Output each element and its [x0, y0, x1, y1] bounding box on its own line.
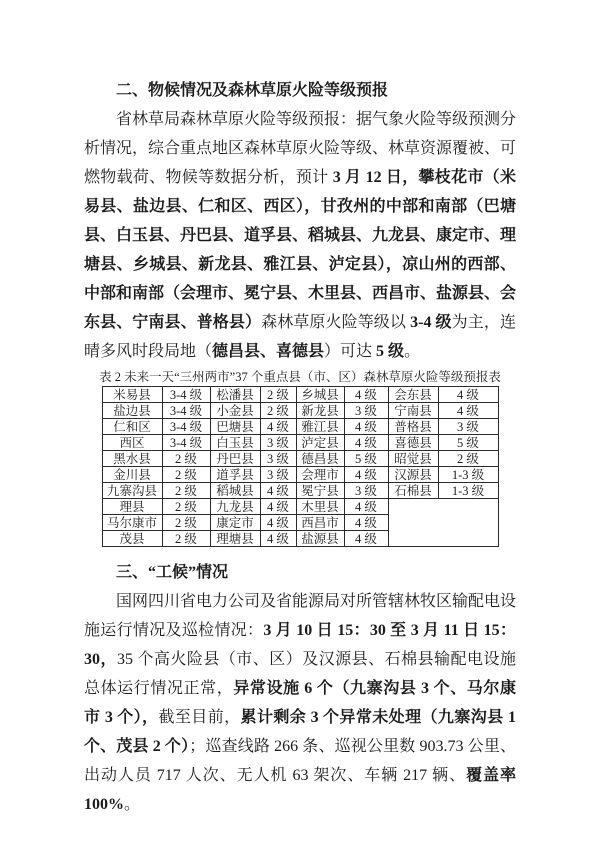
county-cell: 汉源县 [388, 467, 438, 483]
county-cell: 理县 [102, 499, 162, 515]
para2-run: 截至目前， [158, 709, 240, 726]
table-row: 理县2 级九龙县4 级木里县4 级 [102, 499, 498, 515]
risk-level-cell: 4 级 [260, 531, 296, 547]
section2-paragraph: 省林草局森林草原火险等级预报：据气象火险等级预测分析情况，综合重点地区森林草原火… [84, 105, 516, 366]
fire-risk-table: 米易县3-4 级松潘县2 级乡城县4 级会东县4 级盐边县3-4 级小金县2 级… [102, 386, 499, 547]
county-cell: 黑水县 [102, 451, 162, 467]
risk-level-cell: 4 级 [260, 483, 296, 499]
county-cell: 盐边县 [102, 403, 162, 419]
county-cell: 昭觉县 [388, 451, 438, 467]
county-cell: 丹巴县 [210, 451, 260, 467]
empty-merged-cell [388, 499, 498, 547]
section2-heading: 二、物候情况及森林草原火险等级预报 [84, 76, 516, 105]
county-cell: 木里县 [296, 499, 344, 515]
para1-run: 。 [404, 343, 420, 360]
para1-run: 德昌县、喜德县 [212, 343, 324, 360]
table-row: 黑水县2 级丹巴县3 级德昌县5 级昭觉县2 级 [102, 451, 498, 467]
county-cell: 马尔康市 [102, 515, 162, 531]
county-cell: 米易县 [102, 387, 162, 403]
risk-level-cell: 2 级 [162, 483, 210, 499]
county-cell: 九寨沟县 [102, 483, 162, 499]
risk-level-cell: 4 级 [438, 387, 498, 403]
table-row: 盐边县3-4 级小金县2 级新龙县3 级宁南县4 级 [102, 403, 498, 419]
risk-level-cell: 3-4 级 [162, 419, 210, 435]
risk-level-cell: 3 级 [344, 483, 388, 499]
risk-level-cell: 4 级 [344, 419, 388, 435]
risk-level-cell: 3-4 级 [162, 403, 210, 419]
county-cell: 松潘县 [210, 387, 260, 403]
county-cell: 茂县 [102, 531, 162, 547]
county-cell: 会理市 [296, 467, 344, 483]
risk-level-cell: 4 级 [260, 419, 296, 435]
county-cell: 雅江县 [296, 419, 344, 435]
county-cell: 德昌县 [296, 451, 344, 467]
risk-level-cell: 3-4 级 [162, 435, 210, 451]
risk-level-cell: 4 级 [344, 435, 388, 451]
table-row: 金川县2 级道孚县3 级会理市4 级汉源县1-3 级 [102, 467, 498, 483]
county-cell: 乡城县 [296, 387, 344, 403]
document-page: 二、物候情况及森林草原火险等级预报 省林草局森林草原火险等级预报：据气象火险等级… [0, 0, 600, 848]
county-cell: 小金县 [210, 403, 260, 419]
risk-level-cell: 3 级 [438, 419, 498, 435]
county-cell: 盐源县 [296, 531, 344, 547]
county-cell: 普格县 [388, 419, 438, 435]
section3-paragraph: 国网四川省电力公司及省能源局对所管辖林牧区输配电设施运行情况及巡检情况：3 月 … [84, 587, 516, 819]
county-cell: 九龙县 [210, 499, 260, 515]
county-cell: 会东县 [388, 387, 438, 403]
county-cell: 西昌市 [296, 515, 344, 531]
table-row: 九寨沟县2 级稻城县4 级冕宁县3 级石棉县1-3 级 [102, 483, 498, 499]
county-cell: 西区 [102, 435, 162, 451]
risk-level-cell: 4 级 [260, 499, 296, 515]
table-caption: 表 2 未来一天“三州两市”37 个重点县（市、区）森林草原火险等级预报表 [84, 369, 516, 385]
para1-run: 3 月 12 日，攀枝花市（米易县、盐边县、仁和区、西区），甘孜州的中部和南部（… [84, 169, 516, 331]
risk-level-cell: 2 级 [438, 451, 498, 467]
risk-level-cell: 3 级 [344, 403, 388, 419]
risk-level-cell: 2 级 [162, 467, 210, 483]
county-cell: 稻城县 [210, 483, 260, 499]
risk-level-cell: 4 级 [260, 515, 296, 531]
county-cell: 白玉县 [210, 435, 260, 451]
county-cell: 冕宁县 [296, 483, 344, 499]
county-cell: 仁和区 [102, 419, 162, 435]
risk-level-cell: 4 级 [344, 499, 388, 515]
table-row: 西区3-4 级白玉县3 级泸定县4 级喜德县5 级 [102, 435, 498, 451]
para1-run: 5 级 [376, 343, 404, 360]
table-row: 仁和区3-4 级巴塘县4 级雅江县4 级普格县3 级 [102, 419, 498, 435]
risk-level-cell: 4 级 [438, 403, 498, 419]
risk-level-cell: 5 级 [344, 451, 388, 467]
county-cell: 石棉县 [388, 483, 438, 499]
county-cell: 道孚县 [210, 467, 260, 483]
county-cell: 喜德县 [388, 435, 438, 451]
risk-level-cell: 4 级 [344, 467, 388, 483]
county-cell: 泸定县 [296, 435, 344, 451]
county-cell: 理塘县 [210, 531, 260, 547]
risk-level-cell: 2 级 [260, 403, 296, 419]
para1-run: 3-4 级 [410, 314, 452, 331]
risk-level-cell: 3-4 级 [162, 387, 210, 403]
risk-level-cell: 2 级 [260, 387, 296, 403]
para1-run: 森林草原火险等级以 [261, 314, 410, 331]
county-cell: 新龙县 [296, 403, 344, 419]
risk-level-cell: 4 级 [344, 531, 388, 547]
risk-level-cell: 2 级 [162, 451, 210, 467]
risk-level-cell: 3 级 [260, 467, 296, 483]
risk-level-cell: 2 级 [162, 531, 210, 547]
risk-level-cell: 4 级 [344, 515, 388, 531]
risk-level-cell: 4 级 [344, 387, 388, 403]
risk-level-cell: 3 级 [260, 451, 296, 467]
risk-level-cell: 1-3 级 [438, 483, 498, 499]
county-cell: 巴塘县 [210, 419, 260, 435]
risk-level-cell: 2 级 [162, 499, 210, 515]
para2-run: 。 [124, 796, 140, 813]
risk-level-cell: 3 级 [260, 435, 296, 451]
para1-run: ）可达 [324, 343, 376, 360]
risk-level-cell: 2 级 [162, 515, 210, 531]
risk-level-cell: 1-3 级 [438, 467, 498, 483]
section3-heading: 三、“工候”情况 [84, 558, 516, 587]
table-row: 米易县3-4 级松潘县2 级乡城县4 级会东县4 级 [102, 387, 498, 403]
county-cell: 宁南县 [388, 403, 438, 419]
county-cell: 康定市 [210, 515, 260, 531]
risk-level-cell: 5 级 [438, 435, 498, 451]
county-cell: 金川县 [102, 467, 162, 483]
